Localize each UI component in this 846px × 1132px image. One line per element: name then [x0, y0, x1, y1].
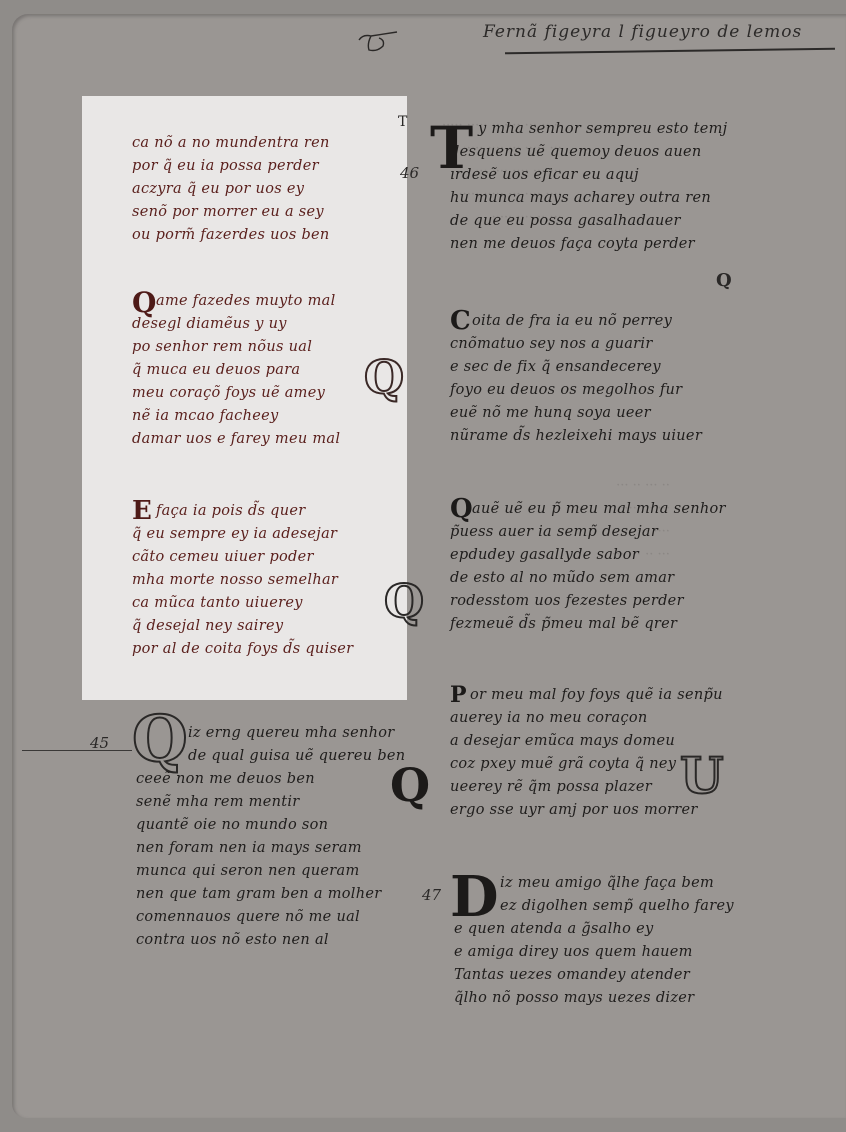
- verse-line: ca nõ a no mundentra ren: [132, 132, 330, 155]
- verse-line: hu munca mays acharey outra ren: [432, 187, 727, 210]
- initial-letter: Q: [132, 286, 156, 319]
- verse-line: ueerey rẽ q̃m possa plazer: [450, 776, 723, 799]
- verse-line: por q̃ eu ia possa perder: [132, 155, 330, 178]
- initial-letter: E: [132, 496, 152, 526]
- verse-line: nũrame d̃s hezleixehi mays uiuer: [450, 425, 702, 448]
- verse-line: ou porm̃ fazerdes uos ben: [132, 224, 330, 247]
- verse-line: y mha senhor sempreu esto temj: [432, 118, 727, 141]
- right-stanza-5: D iz meu amigo q̃lhe faça bem ez digolhe…: [450, 872, 734, 1010]
- verse-line: auẽ uẽ eu p̃ meu mal mha senhor: [450, 498, 726, 521]
- verse-line: de qual guisa uẽ quereu ben: [136, 745, 405, 768]
- verse-line: faça ia pois d̃s quer: [132, 500, 353, 523]
- verse-line: a desejar emũca mays domeu: [450, 730, 723, 753]
- initial-letter: T: [430, 114, 473, 182]
- left-stanza-1: ca nõ a no mundentra ren por q̃ eu ia po…: [132, 132, 330, 247]
- verse-line: foyo eu deuos os megolhos fur: [450, 379, 702, 402]
- verse-line: ame fazedes muyto mal: [132, 290, 340, 313]
- verse-line: munca qui seron nen queram: [136, 860, 405, 883]
- folio-number: 47: [422, 886, 441, 904]
- left-stanza-4: iz erng quereu mha senhor de qual guisa …: [136, 722, 405, 952]
- verse-line: nẽ ia mcao facheey: [132, 405, 340, 428]
- verse-line: mha morte nosso semelhar: [132, 569, 353, 592]
- left-stanza-3: E faça ia pois d̃s quer q̃ eu sempre ey …: [132, 500, 353, 661]
- verse-line: nen me deuos faça coyta perder: [432, 233, 727, 256]
- verse-line: auerey ia no meu coraçon: [450, 707, 723, 730]
- verse-line: p̃uess auer ia semp̃ desejar: [450, 521, 726, 544]
- verse-line: cãto cemeu uiuer poder: [132, 546, 353, 569]
- margin-rule: [22, 750, 132, 751]
- header-title: Fernã figeyra l figueyro de lemos: [483, 22, 802, 42]
- verse-line: nen foram nen ia mays seram: [136, 837, 405, 860]
- verse-line: ca mũca tanto uiuerey: [132, 592, 353, 615]
- guide-letter: T: [398, 114, 407, 130]
- verse-line: senõ por morrer eu a sey: [132, 201, 330, 224]
- outline-initial-letter: Q: [364, 350, 404, 404]
- verse-line: ergo sse uyr amj por uos morrer: [450, 799, 723, 822]
- verse-line: damar uos e farey meu mal: [132, 428, 340, 451]
- verse-line: euẽ nõ me hunq soya ueer: [450, 402, 702, 425]
- verse-line: comennauos quere nõ me ual: [136, 906, 405, 929]
- verse-line: por al de coita foys d̃s quiser: [132, 638, 353, 661]
- verse-line: cnõmatuo sey nos a guarir: [450, 333, 702, 356]
- verse-line: e sec de fix q̃ ensandecerey: [450, 356, 702, 379]
- verse-line: or meu mal foy foys quẽ ia senp̃u: [450, 684, 723, 707]
- initial-letter: P: [450, 682, 467, 708]
- right-stanza-1: T y mha senhor sempreu esto temj desquen…: [432, 118, 727, 256]
- verse-line: nen que tam gram ben a molher: [136, 883, 405, 906]
- right-stanza-2: C oita de fra ia eu nõ perrey cnõmatuo s…: [450, 310, 702, 448]
- verse-line: quantẽ oie no mundo son: [136, 814, 405, 837]
- folio-header: Fernã figeyra l figueyro de lemos: [355, 18, 835, 66]
- manicule-hand-icon: [355, 26, 405, 56]
- verse-line: q̃ muca eu deuos para: [132, 359, 340, 382]
- verse-line: iz erng quereu mha senhor: [136, 722, 405, 745]
- verse-line: q̃lho nõ posso mays uezes dizer: [450, 987, 734, 1010]
- verse-line: aczyra q̃ eu por uos ey: [132, 178, 330, 201]
- initial-letter: Q: [450, 494, 473, 524]
- verse-line: rodesstom uos fezestes perder: [450, 590, 726, 613]
- outline-initial-letter: Q: [384, 574, 424, 628]
- verse-line: meu coraçõ foys uẽ amey: [132, 382, 340, 405]
- left-stanza-2: Q ame fazedes muyto mal desegl diamẽus y…: [132, 290, 340, 451]
- manuscript-page: ·· ·· ··· ···· ·· ····· ········ ····· ·…: [12, 14, 846, 1118]
- verse-line: senẽ mha rem mentir: [136, 791, 405, 814]
- header-underline: [505, 48, 835, 55]
- verse-line: e amiga direy uos quem hauem: [450, 941, 734, 964]
- verse-line: ırdesẽ uos eficar eu aquj: [432, 164, 727, 187]
- initial-letter: D: [450, 864, 499, 930]
- verse-line: desegl diamẽus y uy: [132, 313, 340, 336]
- initial-letter: Q: [390, 758, 430, 812]
- verse-line: desquens uẽ quemoy deuos auen: [432, 141, 727, 164]
- verse-line: Tantas uezes omandey atender: [450, 964, 734, 987]
- verse-line: contra uos nõ esto nen al: [136, 929, 405, 952]
- right-stanza-3: Q auẽ uẽ eu p̃ meu mal mha senhor p̃uess…: [450, 498, 726, 636]
- guide-letter: Q: [716, 270, 732, 291]
- verse-line: de que eu possa gasalhadauer: [432, 210, 727, 233]
- verse-line: po senhor rem nõus ual: [132, 336, 340, 359]
- folio-number: 46: [400, 164, 419, 182]
- verse-line: de esto al no mũdo sem amar: [450, 567, 726, 590]
- verse-line: oita de fra ia eu nõ perrey: [450, 310, 702, 333]
- verse-line: coz pxey muẽ grã coyta q̃ ney: [450, 753, 723, 776]
- verse-line: fezmeuẽ d̃s p̃meu mal bẽ qrer: [450, 613, 726, 636]
- right-stanza-4: P or meu mal foy foys quẽ ia senp̃u auer…: [450, 684, 723, 822]
- verse-line: ceeẽ non me deuos ben: [136, 768, 405, 791]
- verse-line: q̃ desejal ney sairey: [132, 615, 353, 638]
- initial-letter: C: [450, 306, 471, 336]
- verse-line: epdudey gasallyde sabor: [450, 544, 726, 567]
- verse-line: q̃ eu sempre ey ia adesejar: [132, 523, 353, 546]
